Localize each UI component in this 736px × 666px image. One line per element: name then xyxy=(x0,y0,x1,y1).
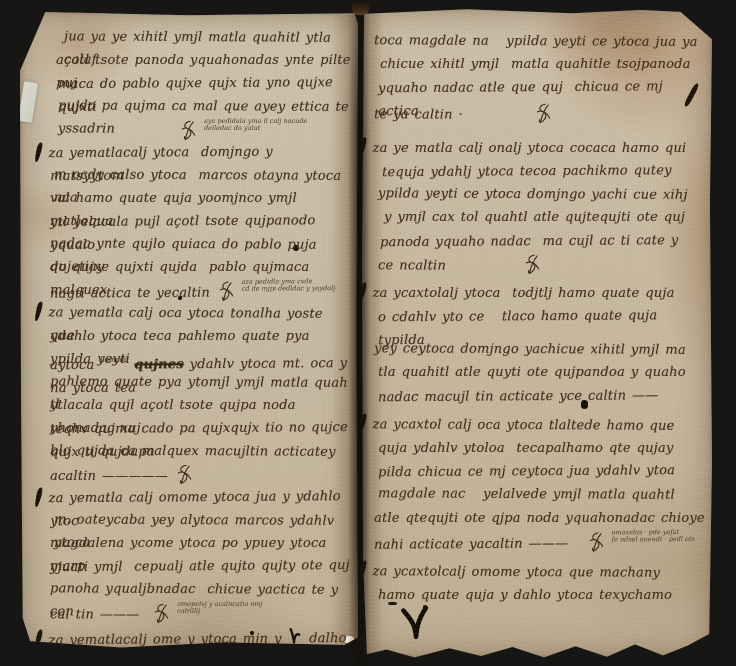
manuscript-line: cal tin ——— omopelvj y acalncatia omjcal… xyxy=(50,601,352,624)
manuscript-line: yey ceytoca domjngo yachicue xihitl ymjl… xyxy=(374,337,708,362)
manuscript-line: val hamo quate quja yoomjnco ymjl matlaq… xyxy=(50,187,352,210)
paragraph-stroke-icon xyxy=(358,282,367,302)
manuscript-line: panoda yquaho nadac ma cujl ac ti cate y xyxy=(374,228,708,254)
manuscript-line: quja ydahlv ytoloa tecapalhamo qte qujay xyxy=(374,437,708,460)
line-text: te ya caltin · xyxy=(374,107,533,123)
manuscript-line: m ocdy calso ytoca marcos otayna ytoca n… xyxy=(50,163,352,188)
manuscript-scan: jua ya ye xihitl ymjl matla quahitl ytla… xyxy=(0,0,736,666)
paraph-rubric-icon xyxy=(176,463,193,486)
marginal-note: aya pedidala yma il calj nacudedelledac … xyxy=(204,118,307,131)
manuscript-line: za ycaxtol calj oca ytoca tlaltede hamo … xyxy=(374,413,708,438)
manuscript-line: aytoca llamado qujnes ydahlv ytoca mt. o… xyxy=(50,347,352,372)
interlinear-insertion: llamado xyxy=(100,356,128,364)
paraph-rubric-icon xyxy=(524,253,541,276)
line-text: nadac macujl tin acticate yce caltin —— xyxy=(378,388,658,405)
manuscript-line: pilda chicua ce mj ceytoca jua ydahlv yt… xyxy=(374,459,708,485)
manuscript-line: za yematla calj oca ytoca tonalha yoste … xyxy=(50,301,352,326)
marginal-note: omopelvj y acalncatia omjcalrillij xyxy=(177,601,262,614)
manuscript-line: toca magdale na ypilda yeyti ce ytoca ju… xyxy=(374,29,708,54)
manuscript-line: za yematla calj omome ytoca jua y ydahlo… xyxy=(50,485,352,510)
line-text: atle qtequjti ote qjpa noda yquahonadac … xyxy=(374,511,705,526)
manuscript-line: chicue xihitl ymjl matla quahitle tsojpa… xyxy=(374,53,708,76)
marginal-note: aza pedidla yma cvdecd de mjpi dedldac y… xyxy=(242,278,336,292)
manuscript-line: maca do pablo qujxe qujx tia yno qujxe q… xyxy=(50,71,352,96)
line-text: y ymjl cax tol quahtl atle qujtequjti ot… xyxy=(384,210,685,225)
line-text: za ycaxtol calj oca ytoca tlaltede hamo … xyxy=(372,417,674,434)
manuscript-line: pujda pa qujma ca mal que ayey ettica te… xyxy=(50,94,352,119)
manuscript-line: za ycaxtolalj ytoca todjtlj hamo quate q… xyxy=(374,282,708,305)
manuscript-line: y ymjl cax tol quahtl atle qujtequjti ot… xyxy=(374,206,708,229)
manuscript-line: nadac macujl tin acticate yce caltin —— xyxy=(374,383,708,409)
manuscript-line: jua ya ye xihitl ymjl matla quahitl ytla… xyxy=(50,25,352,50)
manuscript-line: magdalena ycome ytoca po ypuey ytoca mar… xyxy=(50,532,352,555)
paraph-rubric-icon xyxy=(588,530,605,553)
right-page-text: toca magdale na ypilda yeyti ce ytoca ju… xyxy=(362,8,712,658)
line-text: toca magdale na ypilda yeyti ce ytoca ju… xyxy=(374,33,698,50)
manuscript-line: yquaho nadac atle que quj chicua ce mj a… xyxy=(374,75,708,101)
paraph-rubric-icon xyxy=(180,119,197,142)
left-page: jua ya ye xihitl ymjl matla quahitl ytla… xyxy=(20,12,358,650)
manuscript-line: tequja ydahlj ytoca tecoa pachikmo qutey xyxy=(374,159,708,185)
line-text: za ycaxtolalj ytoca todjtlj hamo quate q… xyxy=(373,286,675,301)
paragraph-stroke-icon xyxy=(34,487,43,507)
line-text: chicue xihitl ymjl matla quahitle tsojpa… xyxy=(380,57,691,72)
check-mark-icon xyxy=(288,625,302,648)
paraph-rubric-icon xyxy=(153,602,170,625)
manuscript-line: te ya caltin · xyxy=(374,101,708,126)
manuscript-line: yjuati ymjl cepualj atle qujto qujty ote… xyxy=(50,554,352,579)
manuscript-line: o cdahlv yto ce tlaco hamo quate quja ty… xyxy=(374,304,708,330)
right-page: toca magdale na ypilda yeyti ce ytoca ju… xyxy=(362,8,712,658)
binding-thread xyxy=(352,0,369,15)
line-text: tequja ydahlj ytoca tecoa pachikmo qutey xyxy=(382,163,672,180)
manuscript-line: atle qtequjti ote qjpa noda yquahonadac … xyxy=(374,507,708,530)
paraph-rubric-icon xyxy=(535,102,552,125)
manuscript-line: nahi acticate yacaltin ——— omaxelos · pd… xyxy=(374,529,708,555)
manuscript-line: ce ncaltin xyxy=(374,252,708,277)
manuscript-line: teqhv qujma cado pa qujxqujx tio no qujc… xyxy=(50,416,352,441)
manuscript-line: nadac ynte qujlo quiaca do pablo puja qu… xyxy=(50,232,352,257)
manuscript-line: blo qujda ca malquex macujltin acticatey xyxy=(50,439,352,464)
marginal-note-line: calrillij xyxy=(177,608,262,615)
manuscript-line: ydahlo ytoca teca pahlemo quate pya ypil… xyxy=(50,325,352,348)
paraph-rubric-icon xyxy=(218,279,235,302)
line-text: panoda yquaho nadac ma cujl ac ti cate y xyxy=(380,233,678,250)
line-text: pilda chicua ce mj ceytoca jua ydahlv yt… xyxy=(378,463,675,480)
paragraph-stroke-icon xyxy=(34,142,43,162)
manuscript-line: nagti actica te yecaltin aza pedidla yma… xyxy=(50,278,352,303)
manuscript-line: magdale nac yelalvede ymjl matla quahtl xyxy=(374,483,708,508)
manuscript-line: tla quahitl atle quyti ote qujpandoa y q… xyxy=(374,361,708,384)
line-text: za ye matla calj onalj ytoca cocaca hamo… xyxy=(373,141,687,156)
line-text: nagti actica te yecaltin xyxy=(50,285,216,301)
line-text: blo qujda ca malquex macujltin acticatey xyxy=(50,443,336,459)
line-text: ce ncaltin xyxy=(378,258,522,274)
marginal-note-line: delledac do yalut xyxy=(204,125,307,132)
manuscript-line: ypilda yeyti ce ytoca domjngo yachi cue … xyxy=(374,182,708,207)
paragraph-stroke-icon xyxy=(358,137,367,157)
line-text: magdale nac yelalvede ymjl matla quahtl xyxy=(378,487,675,504)
line-text: yjuati ymjl cepualj atle qujto qujty ote… xyxy=(50,558,350,575)
manuscript-line: panoha yqualjbnadac chicue yactica te y … xyxy=(50,577,352,602)
manuscript-line: za ye matla calj onalj ytoca cocaca hamo… xyxy=(374,137,708,160)
manuscript-line: acaltin ————— xyxy=(50,463,352,486)
check-mark-icon xyxy=(398,604,434,646)
manuscript-line: m. oateycaba yey alytoca marcos ydahlv y… xyxy=(50,508,352,533)
paragraph-stroke-icon xyxy=(358,560,367,580)
marginal-note: omaxelos · pde yafatfe ndsel auendt · pe… xyxy=(612,529,695,543)
marginal-note-line: fe ndsel auendt · pedl ots xyxy=(612,535,695,542)
manuscript-line: pahlemo quate pya ytomjl ymjl matla quah… xyxy=(50,370,352,395)
paragraph-stroke-icon xyxy=(34,629,43,649)
manuscript-line: za yematlacalj ytoca domjngo y matsyytom xyxy=(50,140,352,165)
line-text: za ycaxtolcalj omome ytoca que machany xyxy=(372,564,660,581)
line-text: tla quahitl atle quyti ote qujpandoa y q… xyxy=(378,365,686,380)
paragraph-stroke-icon xyxy=(358,413,367,433)
line-text: za yematlacalj ome y ytoca mjn y xyxy=(48,631,287,648)
line-text: acaltin ————— xyxy=(50,469,174,484)
line-text: quja ydahlv ytoloa tecapalhamo qte qujay xyxy=(378,441,673,456)
line-text: ypilda yeyti ce ytoca domjngo yachi cue … xyxy=(378,186,688,203)
marginal-note-line: cd de mjpi dedldac y yaydalj xyxy=(242,285,336,292)
line-text: nahi acticate yacaltin ——— xyxy=(374,536,586,552)
manuscript-line: za ycaxtolcalj omome ytoca que machany xyxy=(374,560,708,585)
line-text: yey ceytoca domjngo yachicue xihitl ymjl… xyxy=(374,341,686,358)
manuscript-line: ytl yelacala pujl açotl tsote qujpanodo … xyxy=(50,209,352,234)
line-text: hamo quate quja y dahlo ytoca texychamo xyxy=(378,588,672,603)
manuscript-line: za yematlacalj ome y ytoca mjn y dalho y xyxy=(50,625,352,650)
left-page-text: jua ya ye xihitl ymjl matla quahitl ytla… xyxy=(20,12,358,650)
paragraph-stroke-icon xyxy=(34,301,43,321)
